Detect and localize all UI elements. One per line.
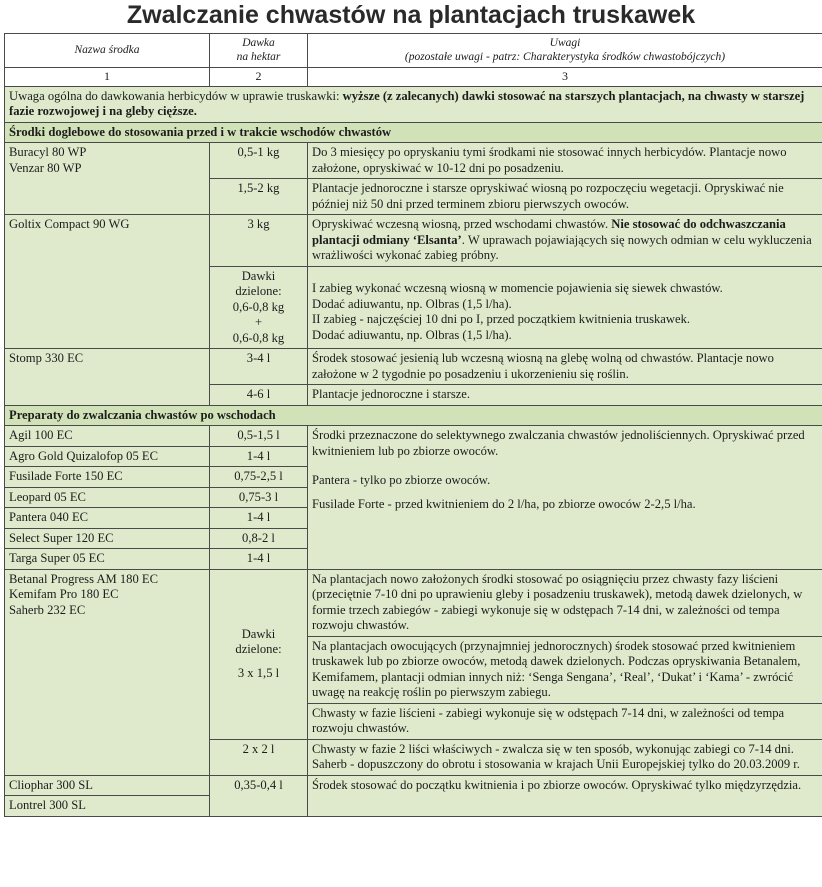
header-dose-line2: na hektar <box>214 51 303 65</box>
product-name: Select Super 120 EC <box>5 528 210 549</box>
note: Opryskiwać wczesną wiosną, przed wschoda… <box>308 215 822 267</box>
note: Środek stosować do początku kwitnienia i… <box>308 775 822 816</box>
note: I zabieg wykonać wczesną wiosną w momenc… <box>308 266 822 349</box>
note-line: Pantera - tylko po zbiorze owoców. <box>312 473 818 489</box>
table-row: Betanal Progress AM 180 EC Kemifam Pro 1… <box>5 569 822 636</box>
product-name: Buracyl 80 WP <box>9 145 205 161</box>
header-notes-line2: (pozostałe uwagi - patrz: Charakterystyk… <box>312 51 818 65</box>
product-name: Kemifam Pro 180 EC <box>9 587 205 603</box>
note-text: Opryskiwać wczesną wiosną, przed wschoda… <box>312 217 611 231</box>
dose: 0,5-1 kg <box>210 143 308 179</box>
product-name: Stomp 330 EC <box>9 351 205 367</box>
table-row: Buracyl 80 WP Venzar 80 WP 0,5-1 kg Do 3… <box>5 143 822 179</box>
page-title: Zwalczanie chwastów na plantacjach trusk… <box>0 0 822 34</box>
dose-line: + <box>214 315 303 331</box>
dose: 1-4 l <box>210 549 308 570</box>
note: Na plantacjach owocujących (przynajmniej… <box>308 636 822 703</box>
note-line: Dodać adiuwantu, np. Olbras (1,5 l/ha). <box>312 297 818 313</box>
dose: 1-4 l <box>210 508 308 529</box>
note: Środek stosować jesienią lub wczesną wio… <box>308 349 822 385</box>
product-names: Buracyl 80 WP Venzar 80 WP <box>5 143 210 215</box>
dose: 0,75-2,5 l <box>210 467 308 488</box>
product-name: Agro Gold Quizalofop 05 EC <box>5 446 210 467</box>
note: Na plantacjach nowo założonych środki st… <box>308 569 822 636</box>
product-name: Venzar 80 WP <box>9 161 205 177</box>
section-title: Preparaty do zwalczania chwastów po wsch… <box>5 405 822 426</box>
table-row: Goltix Compact 90 WG 3 kg Opryskiwać wcz… <box>5 215 822 267</box>
product-names: Betanal Progress AM 180 EC Kemifam Pro 1… <box>5 569 210 775</box>
dose: 2 x 2 l <box>210 739 308 775</box>
dose-line: Dawki <box>214 269 303 285</box>
column-number-2: 2 <box>210 68 308 87</box>
note-line: II zabieg - najczęściej 10 dni po I, prz… <box>312 312 818 328</box>
note: Do 3 miesięcy po opryskaniu tymi środkam… <box>308 143 822 179</box>
product-name: Agil 100 EC <box>5 426 210 447</box>
dose: 0,5-1,5 l <box>210 426 308 447</box>
note: Plantacje jednoroczne i starsze opryskiw… <box>308 179 822 215</box>
product-name: Fusilade Forte 150 EC <box>5 467 210 488</box>
note: Środki przeznaczone do selektywnego zwal… <box>308 426 822 570</box>
dose-line: 0,6-0,8 kg <box>214 300 303 316</box>
note: Chwasty w fazie liścieni - zabiegi wykon… <box>308 703 822 739</box>
dose: 1-4 l <box>210 446 308 467</box>
note-line: Środki przeznaczone do selektywnego zwal… <box>312 428 818 459</box>
note: Chwasty w fazie 2 liści właściwych - zwa… <box>308 739 822 775</box>
dose: 3 kg <box>210 215 308 267</box>
dose-line: Dawki <box>214 627 303 643</box>
herbicide-table-container: Nazwa środka Dawka na hektar Uwagi (pozo… <box>4 33 822 817</box>
dose: 0,8-2 l <box>210 528 308 549</box>
dose-line: dzielone: <box>214 284 303 300</box>
header-dose: Dawka na hektar <box>210 34 308 68</box>
column-number-1: 1 <box>5 68 210 87</box>
dose: 0,75-3 l <box>210 487 308 508</box>
general-note-text: Uwaga ogólna do dawkowania herbicydów w … <box>9 89 343 103</box>
note: Plantacje jednoroczne i starsze. <box>308 385 822 406</box>
table-header-row: Nazwa środka Dawka na hektar Uwagi (pozo… <box>5 34 822 68</box>
dose: 1,5-2 kg <box>210 179 308 215</box>
header-product-name: Nazwa środka <box>5 34 210 68</box>
product-names: Goltix Compact 90 WG <box>5 215 210 349</box>
dose: 4-6 l <box>210 385 308 406</box>
dose-split: Dawki dzielone: 0,6-0,8 kg + 0,6-0,8 kg <box>210 266 308 349</box>
dose-split: Dawki dzielone: 3 x 1,5 l <box>210 569 308 739</box>
product-name: Leopard 05 EC <box>5 487 210 508</box>
section-post-emergence: Preparaty do zwalczania chwastów po wsch… <box>5 405 822 426</box>
product-name: Targa Super 05 EC <box>5 549 210 570</box>
table-row: Stomp 330 EC 3-4 l Środek stosować jesie… <box>5 349 822 385</box>
product-name: Betanal Progress AM 180 EC <box>9 572 205 588</box>
product-name: Goltix Compact 90 WG <box>9 217 205 233</box>
header-dose-line1: Dawka <box>214 37 303 51</box>
dose-line: dzielone: <box>214 642 303 658</box>
herbicide-table: Nazwa środka Dawka na hektar Uwagi (pozo… <box>4 33 822 817</box>
section-title: Środki doglebowe do stosowania przed i w… <box>5 122 822 143</box>
product-names: Stomp 330 EC <box>5 349 210 406</box>
header-notes: Uwagi (pozostałe uwagi - patrz: Charakte… <box>308 34 822 68</box>
product-name: Pantera 040 EC <box>5 508 210 529</box>
note-line: Saherb - dopuszczony do obrotu i stosowa… <box>312 757 818 773</box>
general-note: Uwaga ogólna do dawkowania herbicydów w … <box>5 86 822 122</box>
product-name: Lontrel 300 SL <box>5 796 210 817</box>
table-row: Agil 100 EC 0,5-1,5 l Środki przeznaczon… <box>5 426 822 447</box>
dose-line: 0,6-0,8 kg <box>214 331 303 347</box>
note-line: Dodać adiuwantu, np. Olbras (1,5 l/ha). <box>312 328 818 344</box>
product-name: Saherb 232 EC <box>9 603 205 619</box>
header-notes-line1: Uwagi <box>312 37 818 51</box>
dose: 0,35-0,4 l <box>210 775 308 816</box>
column-number-3: 3 <box>308 68 822 87</box>
table-row: Cliophar 300 SL 0,35-0,4 l Środek stosow… <box>5 775 822 796</box>
general-note-row: Uwaga ogólna do dawkowania herbicydów w … <box>5 86 822 122</box>
column-number-row: 1 2 3 <box>5 68 822 87</box>
note-line: Chwasty w fazie 2 liści właściwych - zwa… <box>312 742 818 758</box>
dose: 3-4 l <box>210 349 308 385</box>
dose-line: 3 x 1,5 l <box>214 666 303 682</box>
section-soil-herbicides: Środki doglebowe do stosowania przed i w… <box>5 122 822 143</box>
note-line: Fusilade Forte - przed kwitnieniem do 2 … <box>312 497 818 513</box>
note-line: I zabieg wykonać wczesną wiosną w momenc… <box>312 281 818 297</box>
product-name: Cliophar 300 SL <box>5 775 210 796</box>
